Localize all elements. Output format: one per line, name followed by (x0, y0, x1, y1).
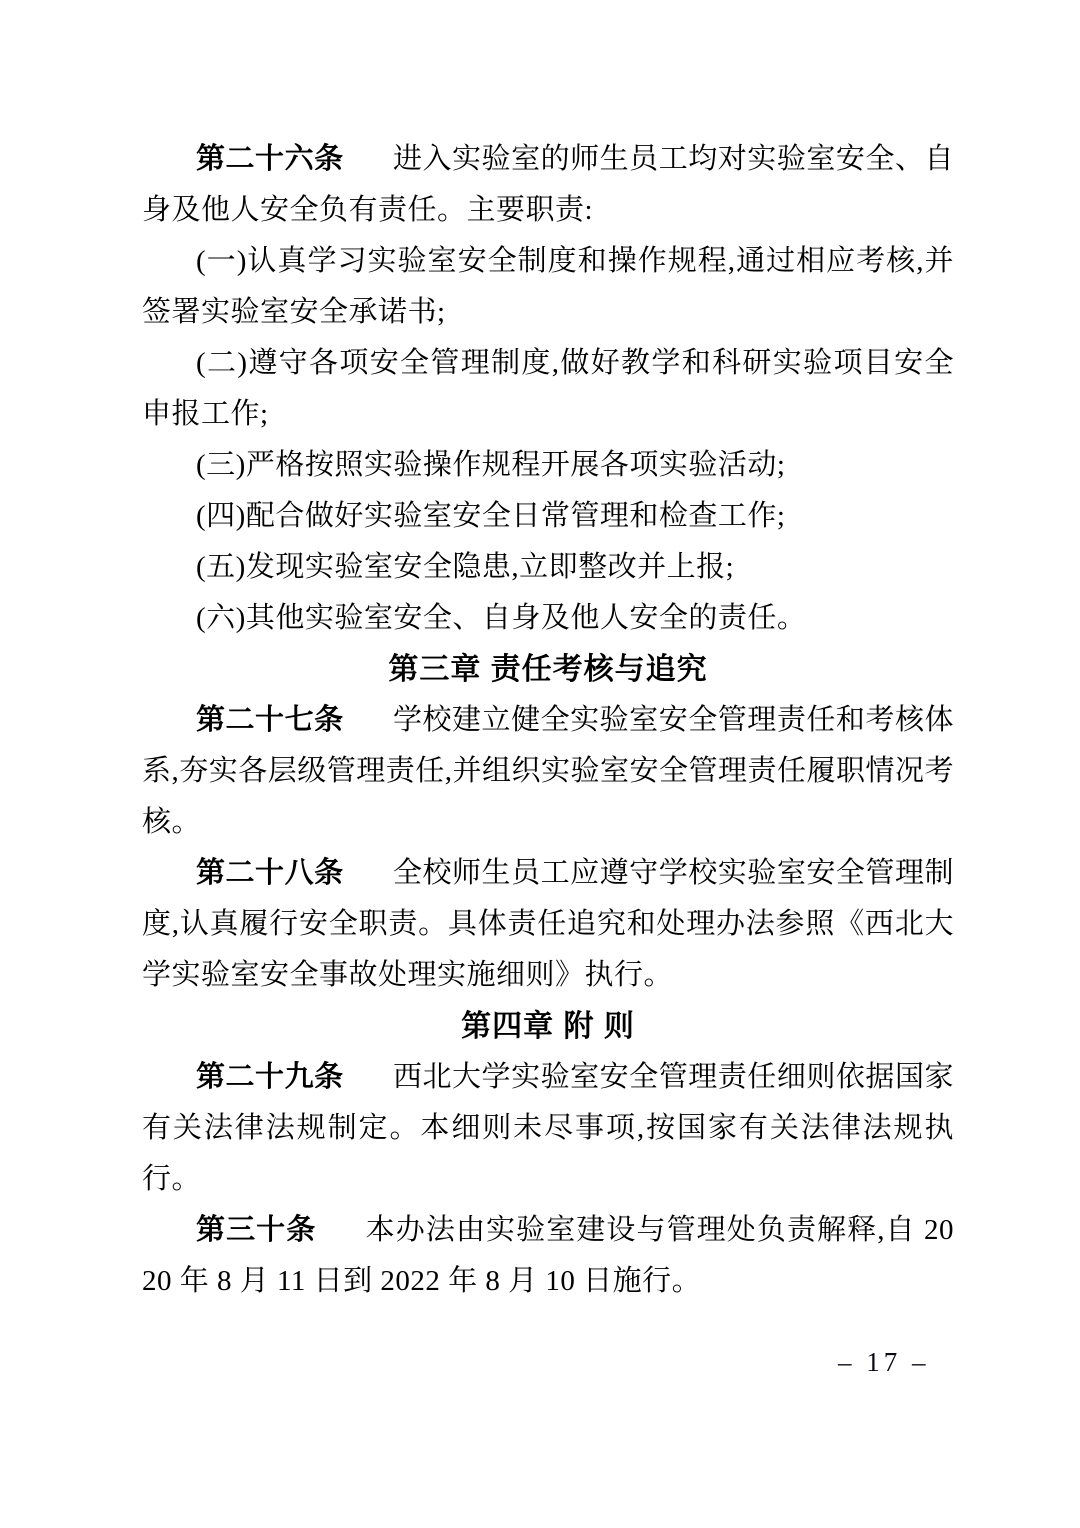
article-30-paragraph: 第三十条本办法由实验室建设与管理处负责解释,自 2020 年 8 月 11 日到… (142, 1205, 954, 1307)
chapter-4-heading: 第四章 附 则 (142, 1001, 954, 1052)
list-item-6: (六)其他实验室安全、自身及他人安全的责任。 (142, 593, 954, 644)
list-item-2: (二)遵守各项安全管理制度,做好教学和科研实验项目安全申报工作; (142, 338, 954, 440)
article-28-paragraph: 第二十八条全校师生员工应遵守学校实验室安全管理制度,认真履行安全职责。具体责任追… (142, 848, 954, 1001)
chapter-3-heading: 第三章 责任考核与追究 (142, 644, 954, 695)
page-number: – 17 – (838, 1346, 930, 1378)
article-27-paragraph: 第二十七条学校建立健全实验室安全管理责任和考核体系,夯实各层级管理责任,并组织实… (142, 695, 954, 848)
article-29-number: 第二十九条 (196, 1061, 344, 1093)
article-26-paragraph: 第二十六条进入实验室的师生员工均对实验室安全、自身及他人安全负有责任。主要职责: (142, 134, 954, 236)
list-item-1: (一)认真学习实验室安全制度和操作规程,通过相应考核,并签署实验室安全承诺书; (142, 236, 954, 338)
article-30-number: 第三十条 (196, 1214, 316, 1246)
article-26-number: 第二十六条 (196, 143, 344, 175)
article-28-number: 第二十八条 (196, 857, 344, 889)
list-item-4: (四)配合做好实验室安全日常管理和检查工作; (142, 491, 954, 542)
document-body: 第二十六条进入实验室的师生员工均对实验室安全、自身及他人安全负有责任。主要职责:… (142, 134, 954, 1307)
list-item-5: (五)发现实验室安全隐患,立即整改并上报; (142, 542, 954, 593)
article-27-number: 第二十七条 (196, 704, 344, 736)
list-item-3: (三)严格按照实验操作规程开展各项实验活动; (142, 440, 954, 491)
document-page: 第二十六条进入实验室的师生员工均对实验室安全、自身及他人安全负有责任。主要职责:… (0, 0, 1080, 1528)
article-29-paragraph: 第二十九条西北大学实验室安全管理责任细则依据国家有关法律法规制定。本细则未尽事项… (142, 1052, 954, 1205)
